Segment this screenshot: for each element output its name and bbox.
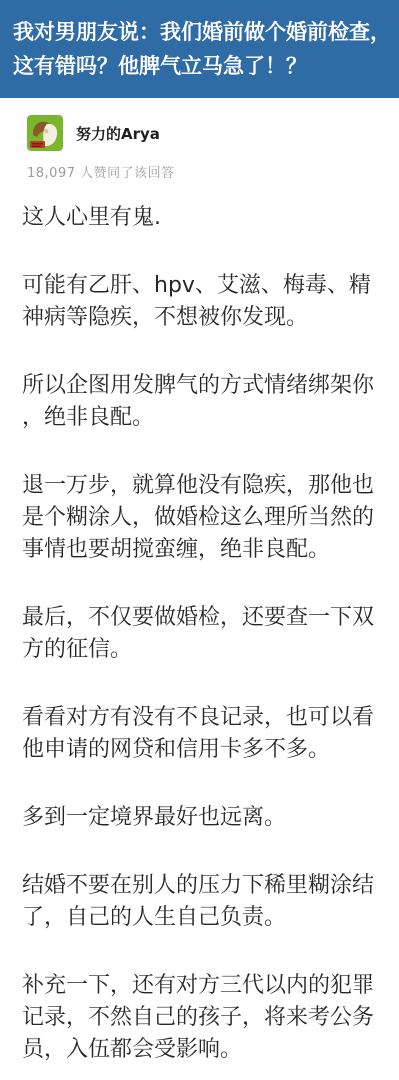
- answer-paragraph: 结婚不要在别人的压力下稀里糊涂结了，自己的人生自己负责。: [22, 870, 382, 934]
- upvote-count: 18,097 人赞同了该回答: [27, 162, 375, 181]
- author-row: 努力的Arya: [27, 115, 375, 151]
- answer-card: 我对男朋友说：我们婚前做个婚前检查，这有错吗？他脾气立马急了！？ 努力的Arya…: [0, 0, 399, 1080]
- answer-paragraph: 可能有乙肝、hpv、艾滋、梅毒、精神病等隐疾，不想被你发现。: [22, 270, 382, 334]
- answer-paragraph: 这人心里有鬼.: [22, 202, 382, 234]
- question-header: 我对男朋友说：我们婚前做个婚前检查，这有错吗？他脾气立马急了！？: [0, 0, 399, 98]
- answer-paragraph: 退一万步，就算他没有隐疾，那他也是个糊涂人，做婚检这么理所当然的事情也要胡搅蛮缠…: [22, 470, 382, 566]
- answer-body: 这人心里有鬼. 可能有乙肝、hpv、艾滋、梅毒、精神病等隐疾，不想被你发现。 所…: [0, 181, 399, 1066]
- author-name[interactable]: 努力的Arya: [76, 123, 160, 144]
- answer-paragraph: 看看对方有没有不良记录，也可以看他申请的网贷和信用卡多不多。: [22, 702, 382, 766]
- answer-paragraph: 最后，不仅要做婚检，还要查一下双方的征信。: [22, 602, 382, 666]
- answer-paragraph: 所以企图用发脾气的方式情绪绑架你，绝非良配。: [22, 370, 382, 434]
- avatar[interactable]: [27, 115, 63, 151]
- question-title[interactable]: 我对男朋友说：我们婚前做个婚前检查，这有错吗？他脾气立马急了！？: [13, 15, 393, 83]
- answer-paragraph: 补充一下，还有对方三代以内的犯罪记录，不然自己的孩子，将来考公务员，入伍都会受影…: [22, 970, 382, 1066]
- answer-meta: 努力的Arya 18,097 人赞同了该回答: [0, 98, 399, 181]
- avatar-image: [27, 115, 63, 151]
- answer-paragraph: 多到一定境界最好也远离。: [22, 802, 382, 834]
